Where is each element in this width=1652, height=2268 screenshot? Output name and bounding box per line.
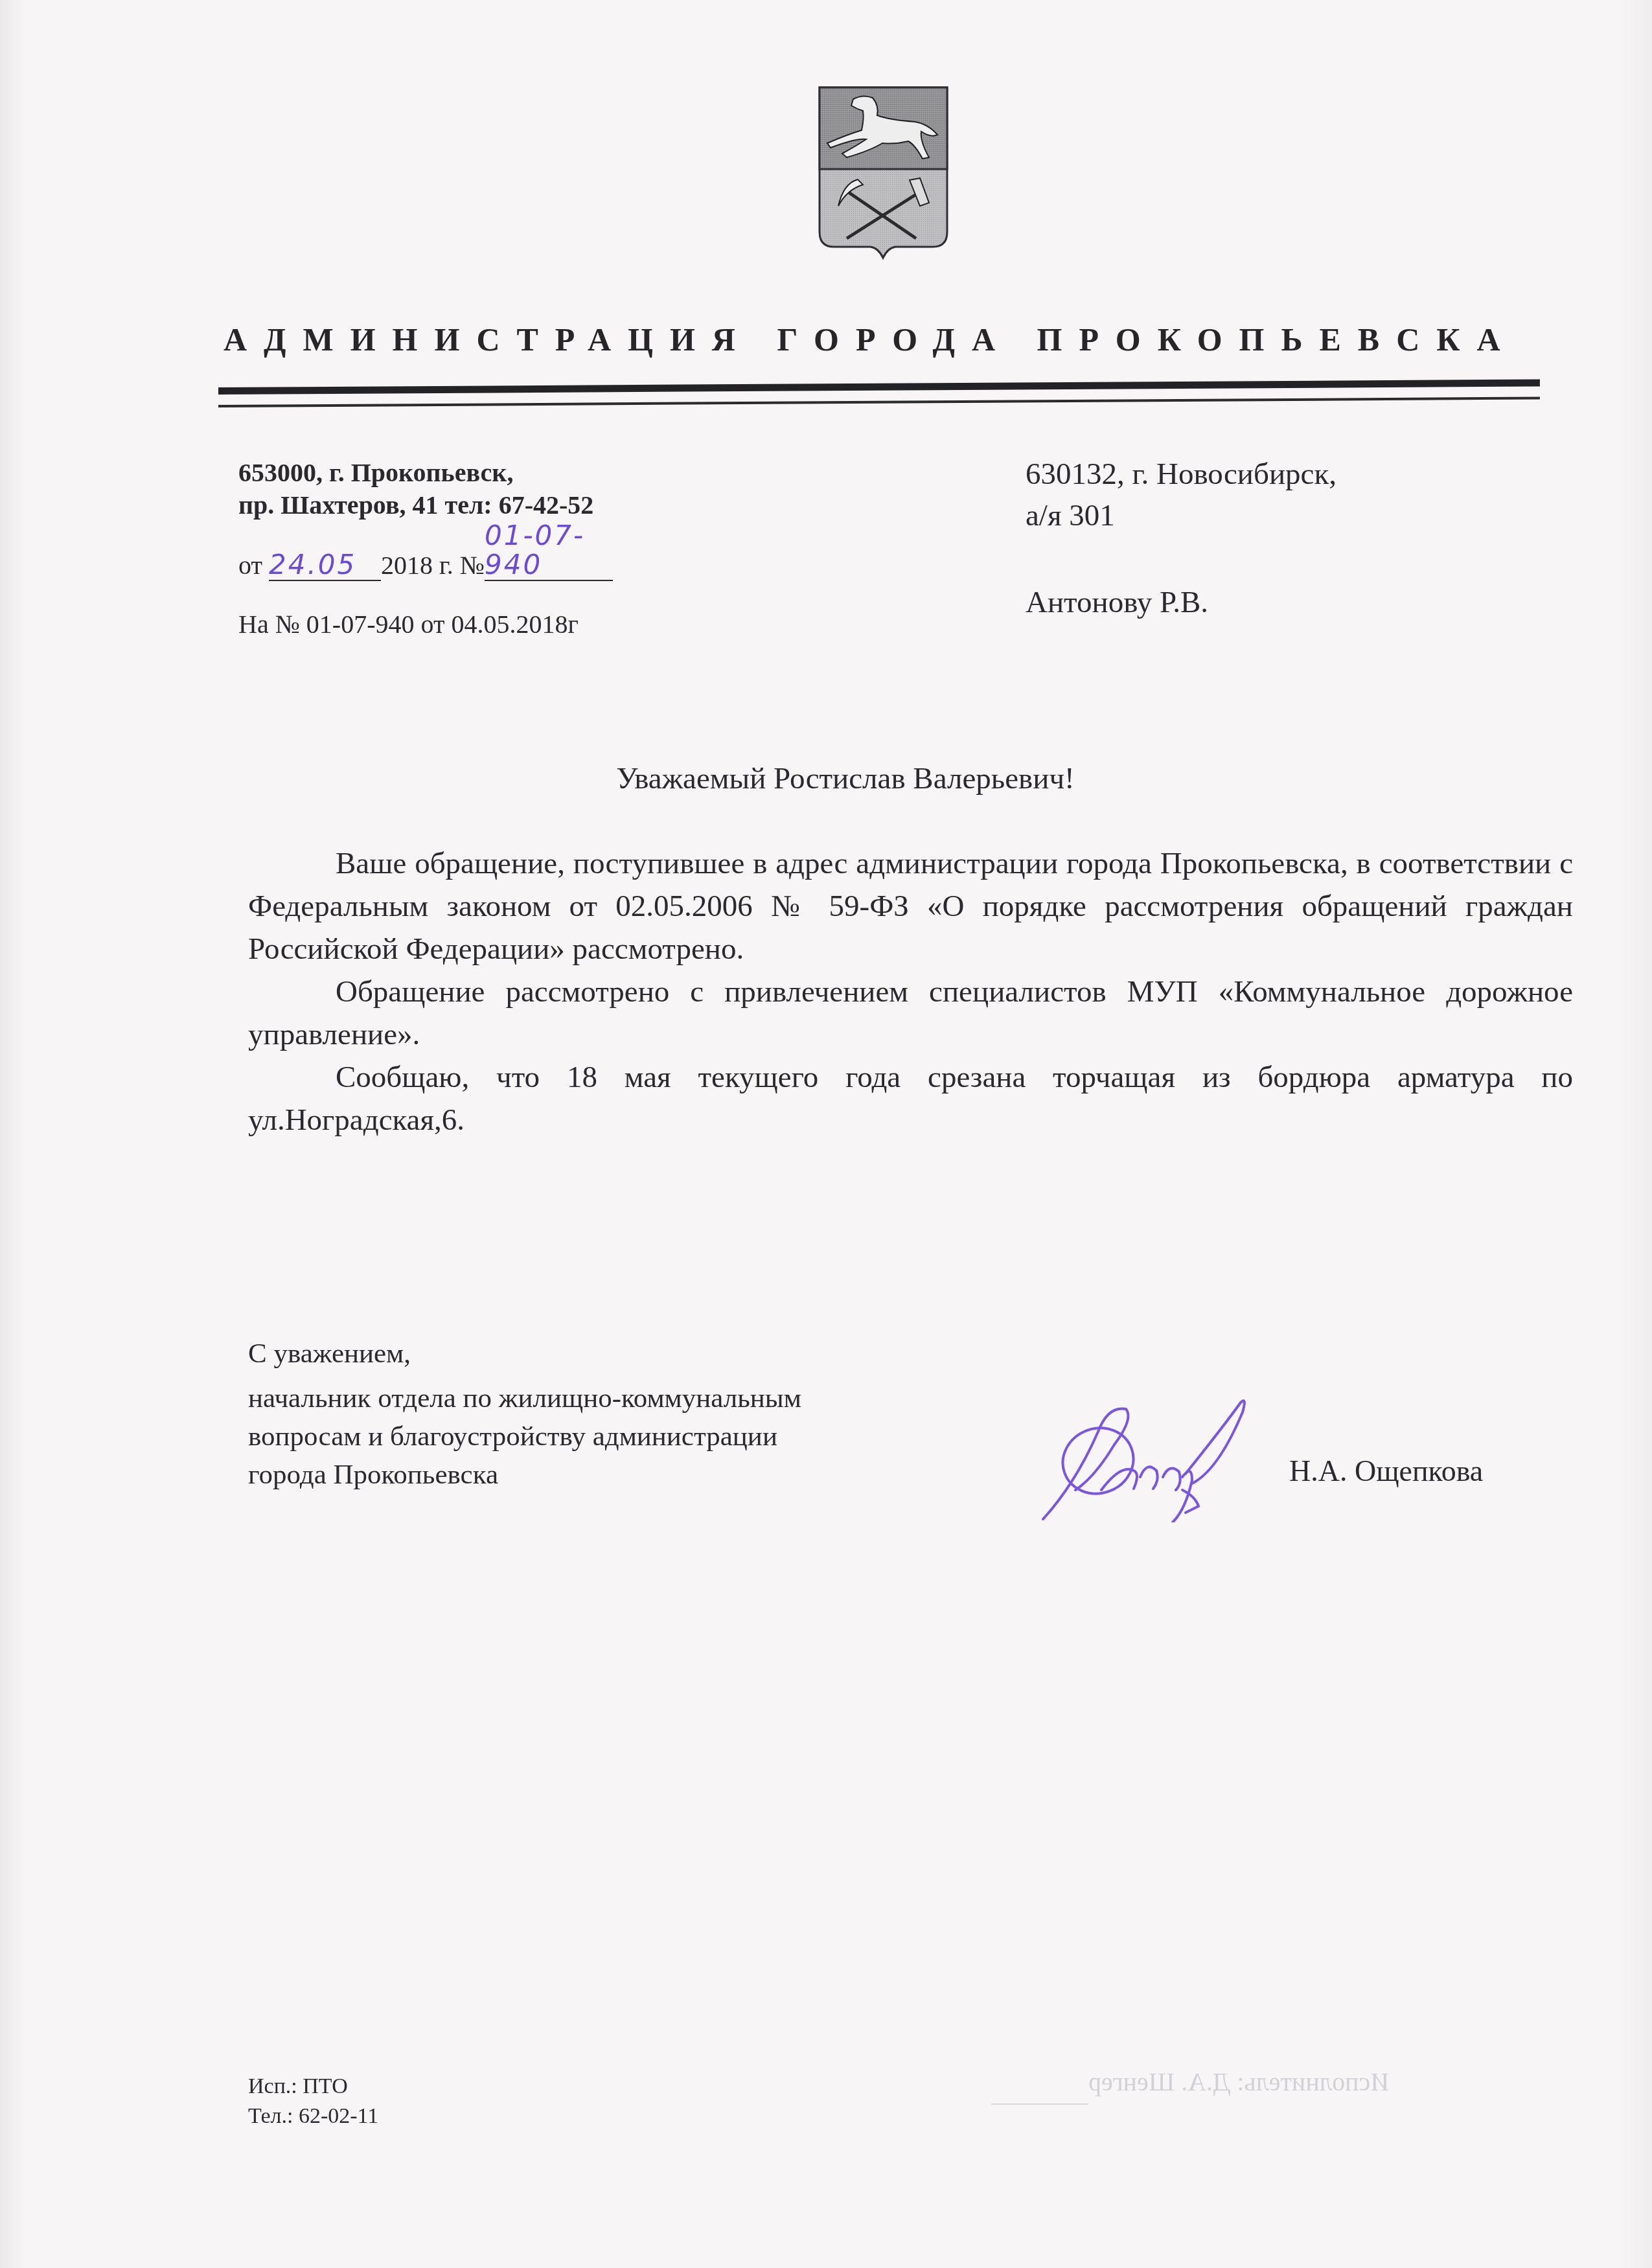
outgoing-number-line: от 24.052018 г. №01-07-940	[238, 521, 613, 582]
body-paragraph: Сообщаю, что 18 мая текущего года срезан…	[248, 1056, 1573, 1141]
executor-phone: Тел.: 62-02-11	[248, 2102, 378, 2131]
sender-address-line2: пр. Шахтеров, 41 тел: 67-42-52	[238, 489, 613, 521]
handwritten-number: 01-07-940	[485, 520, 585, 580]
executor-label: Исп.: ПТО	[248, 2072, 378, 2102]
reply-reference: На № 01-07-940 от 04.05.2018г	[238, 609, 579, 639]
handwritten-date-field: 24.05	[269, 551, 381, 581]
date-suffix: 2018 г. №	[381, 551, 485, 580]
letter-body: Ваше обращение, поступившее в адрес адми…	[248, 842, 1573, 1141]
signer-position-line1: начальник отдела по жилищно-коммунальным	[248, 1379, 801, 1417]
closing-regards: С уважением,	[248, 1334, 801, 1373]
recipient-address-line1: 630132, г. Новосибирск,	[1026, 453, 1337, 495]
show-through-text: Исполнитель: Д.А. Шенгер	[1088, 2067, 1389, 2097]
signer-name: Н.А. Ощепкова	[1289, 1454, 1483, 1488]
handwritten-date: 24.05	[269, 549, 356, 580]
recipient-block: 630132, г. Новосибирск, а/я 301 Антонову…	[1026, 453, 1337, 623]
handwritten-signature-icon	[1037, 1393, 1257, 1522]
recipient-name: Антонову Р.В.	[1026, 582, 1337, 623]
letterhead-title: АДМИНИСТРАЦИЯ ГОРОДА ПРОКОПЬЕВСКА	[224, 321, 1532, 358]
body-paragraph: Обращение рассмотрено с привлечением спе…	[248, 970, 1573, 1056]
show-through-line	[991, 2103, 1088, 2105]
signer-position-line2: вопросам и благоустройству администрации	[248, 1417, 801, 1456]
sender-address-line1: 653000, г. Прокопьевск,	[238, 457, 613, 489]
sender-block: 653000, г. Прокопьевск, пр. Шахтеров, 41…	[238, 457, 613, 582]
handwritten-number-field: 01-07-940	[485, 521, 613, 581]
closing-block: С уважением, начальник отдела по жилищно…	[248, 1334, 801, 1494]
footer-executor: Исп.: ПТО Тел.: 62-02-11	[248, 2072, 378, 2131]
body-paragraph: Ваше обращение, поступившее в адрес адми…	[248, 842, 1573, 970]
coat-of-arms-icon	[818, 86, 949, 261]
salutation: Уважаемый Ростислав Валерьевич!	[0, 761, 1652, 796]
recipient-address-line2: а/я 301	[1026, 495, 1337, 536]
signer-position-line3: города Прокопьевска	[248, 1456, 801, 1494]
date-prefix: от	[238, 551, 262, 580]
